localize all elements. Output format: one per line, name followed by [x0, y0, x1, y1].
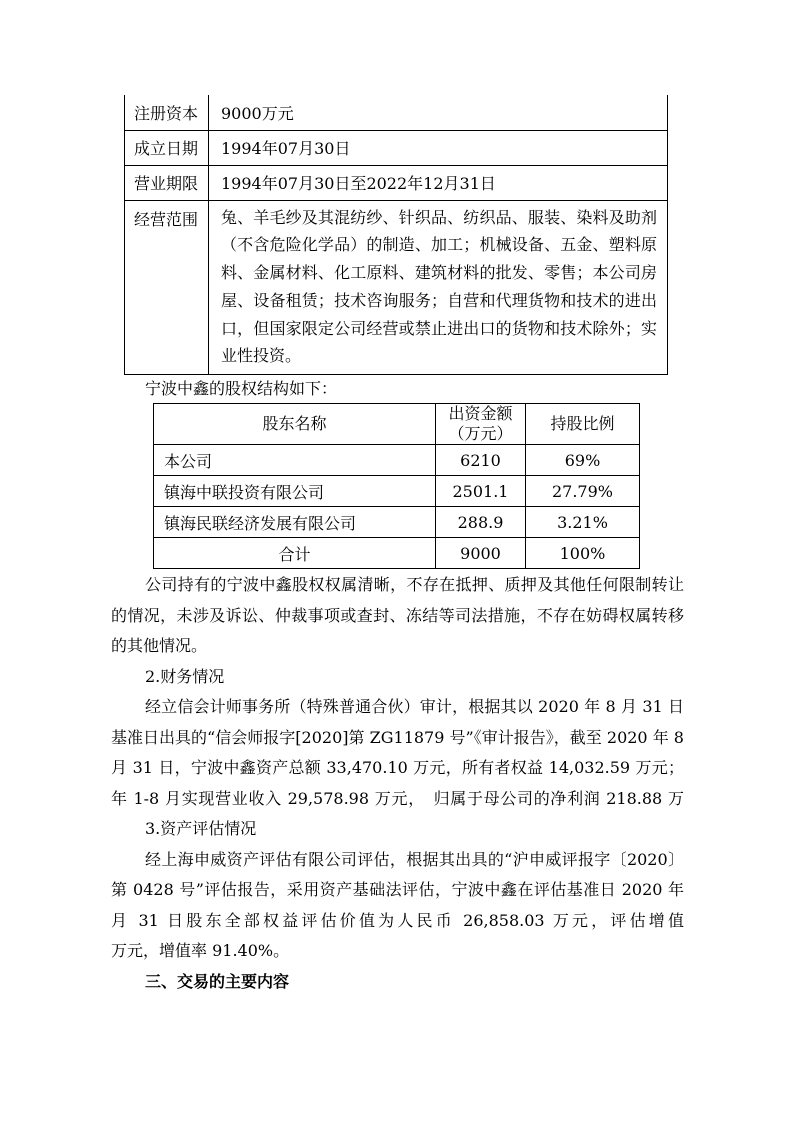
info-value: 1994年07月30日: [209, 130, 668, 165]
finance-paragraph-line: 经立信会计师事务所（特殊普通合伙）审计，根据其以 2020 年 8 月 31 日…: [111, 692, 684, 723]
ownership-paragraph-line: 的其他情况。: [111, 631, 684, 662]
valuation-paragraph-line: 经上海申威资产评估有限公司评估，根据其出具的“沪申威评报字〔2020〕: [111, 845, 684, 876]
info-value: 9000万元: [209, 95, 668, 130]
header-capital-amount: 出资金额 （万元）: [436, 404, 526, 445]
info-row-establish-date: 成立日期 1994年07月30日: [125, 130, 668, 165]
finance-paragraph-line: 年 1-8 月实现营业收入 29,578.98 万元， 归属于母公司的净利润 2…: [111, 784, 684, 815]
shareholder-name: 本公司: [154, 445, 436, 476]
header-shareholder-name: 股东名称: [154, 404, 436, 445]
capital-amount: 2501.1: [436, 476, 526, 507]
info-row-registered-capital: 注册资本 9000万元: [125, 95, 668, 130]
info-label: 营业期限: [125, 165, 209, 200]
shareholder-name: 镇海民联经济发展有限公司: [154, 507, 436, 538]
business-scope-line: （不含危险化学品）的制造、加工；机械设备、五金、塑料原: [221, 231, 657, 259]
business-scope-line: 业性投资。: [221, 342, 657, 370]
shareholder-row: 镇海中联投资有限公司 2501.1 27.79%: [154, 476, 640, 507]
header-capital-amount-line1: 出资金额: [436, 404, 525, 424]
ownership-paragraph-line: 公司持有的宁波中鑫股权权属清晰，不存在抵押、质押及其他任何限制转让: [111, 570, 684, 601]
company-info-table: 注册资本 9000万元 成立日期 1994年07月30日 营业期限 1994年0…: [124, 95, 668, 375]
finance-paragraph-line: 基准日出具的“信会师报字[2020]第 ZG11879 号”《审计报告》，截至 …: [111, 723, 684, 754]
finance-section-heading: 2.财务情况: [111, 662, 684, 693]
info-label: 经营范围: [125, 200, 209, 375]
info-row-business-scope: 经营范围 兔、羊毛纱及其混纺纱、针织品、纺织品、服装、染料及助剂 （不含危险化学…: [125, 200, 668, 375]
info-value-business-scope: 兔、羊毛纱及其混纺纱、针织品、纺织品、服装、染料及助剂 （不含危险化学品）的制造…: [209, 200, 668, 375]
body-text: 公司持有的宁波中鑫股权权属清晰，不存在抵押、质押及其他任何限制转让 的情况，未涉…: [111, 570, 684, 997]
shareholder-row: 镇海民联经济发展有限公司 288.9 3.21%: [154, 507, 640, 538]
business-scope-line: 兔、羊毛纱及其混纺纱、针织品、纺织品、服装、染料及助剂: [221, 204, 657, 232]
business-scope-line: 口，但国家限定公司经营或禁止进出口的货物和技术除外；实: [221, 315, 657, 343]
valuation-paragraph-line: 月 31 日股东全部权益评估价值为人民币 26,858.03 万元，评估增值 1…: [111, 906, 684, 937]
shareholder-total-row: 合计 9000 100%: [154, 538, 640, 569]
info-label: 成立日期: [125, 130, 209, 165]
equity-structure-intro: 宁波中鑫的股权结构如下：: [111, 374, 684, 403]
header-share-ratio: 持股比例: [526, 404, 640, 445]
capital-amount: 288.9: [436, 507, 526, 538]
info-row-business-term: 营业期限 1994年07月30日至2022年12月31日: [125, 165, 668, 200]
business-scope-line: 料、金属材料、化工原料、建筑材料的批发、零售；本公司房: [221, 259, 657, 287]
shareholder-row: 本公司 6210 69%: [154, 445, 640, 476]
capital-amount: 6210: [436, 445, 526, 476]
info-value: 1994年07月30日至2022年12月31日: [209, 165, 668, 200]
shareholder-name: 合计: [154, 538, 436, 569]
share-ratio: 3.21%: [526, 507, 640, 538]
info-label: 注册资本: [125, 95, 209, 130]
shareholder-name: 镇海中联投资有限公司: [154, 476, 436, 507]
valuation-paragraph-line: 第 0428 号”评估报告，采用资产基础法评估，宁波中鑫在评估基准日 2020 …: [111, 875, 684, 906]
valuation-paragraph-line: 万元，增值率 91.40%。: [111, 936, 684, 967]
share-ratio: 27.79%: [526, 476, 640, 507]
main-section-heading: 三、交易的主要内容: [111, 967, 684, 998]
finance-paragraph-line: 月 31 日，宁波中鑫资产总额 33,470.10 万元，所有者权益 14,03…: [111, 753, 684, 784]
shareholders-table: 股东名称 出资金额 （万元） 持股比例 本公司 6210 69% 镇海中联投资有…: [153, 403, 640, 569]
business-scope-line: 屋、设备租赁；技术咨询服务；自营和代理货物和技术的进出: [221, 287, 657, 315]
share-ratio: 69%: [526, 445, 640, 476]
shareholders-header-row: 股东名称 出资金额 （万元） 持股比例: [154, 404, 640, 445]
capital-amount: 9000: [436, 538, 526, 569]
valuation-section-heading: 3.资产评估情况: [111, 814, 684, 845]
header-capital-amount-line2: （万元）: [436, 424, 525, 444]
share-ratio: 100%: [526, 538, 640, 569]
ownership-paragraph-line: 的情况，未涉及诉讼、仲裁事项或查封、冻结等司法措施，不存在妨碍权属转移: [111, 601, 684, 632]
document-page: 注册资本 9000万元 成立日期 1994年07月30日 营业期限 1994年0…: [0, 0, 793, 1122]
